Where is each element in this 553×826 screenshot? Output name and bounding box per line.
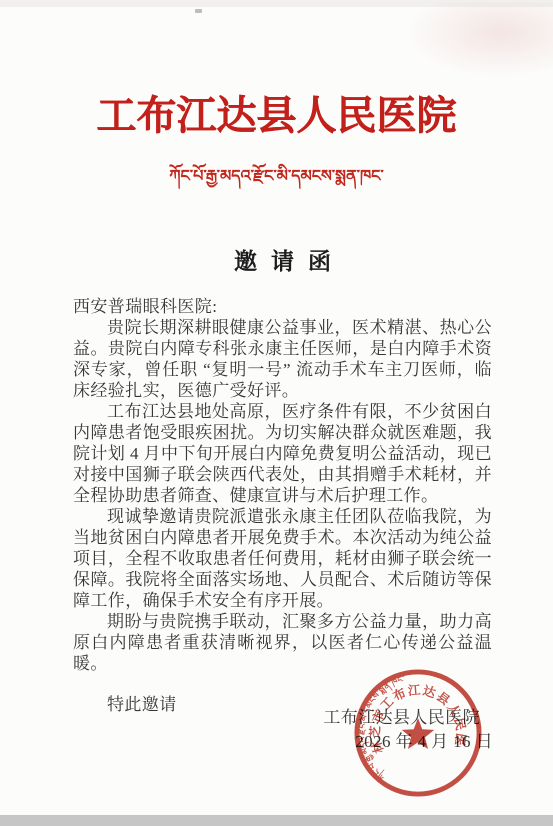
salutation: 西安普瑞眼科医院: xyxy=(73,296,492,317)
paragraph-1: 贵院长期深耕眼健康公益事业，医术精湛、热心公益。贵院白内障专科张永康主任医师，是… xyxy=(73,317,492,401)
hospital-name-tibetan: ཀོང་པོ་རྒྱ་མདའ་རྫོང་མི་དམངས་སྨན་ཁང་ xyxy=(0,158,553,203)
letter-title: 邀请函 xyxy=(73,248,492,276)
letter-page: 工布江达县人民医院 ཀོང་པོ་རྒྱ་མདའ་རྫོང་མི་དམངས་སྨ… xyxy=(0,0,553,826)
paragraph-2: 工布江达县地处高原，医疗条件有限，不少贫困白内障患者饱受眼疾困扰。为切实解决群众… xyxy=(73,401,492,506)
letter-body: 邀请函 西安普瑞眼科医院: 贵院长期深耕眼健康公益事业，医术精湛、热心公益。贵院… xyxy=(73,248,492,715)
scan-smudge xyxy=(405,2,553,78)
official-seal: ཀོང་པོ་རྒྱ་མདའ་རྫོང་མི་དམངས་སྨན་ཁང་ 林芝市工… xyxy=(343,658,493,808)
scan-edge-bottom xyxy=(0,815,553,826)
paragraph-3: 现诚挚邀请贵院派遣张永康主任团队莅临我院，为当地贫困白内障患者开展免费手术。本次… xyxy=(73,506,492,611)
red-star-icon xyxy=(402,718,435,749)
hospital-name: 工布江达县人民医院 xyxy=(0,84,553,141)
scan-artifact xyxy=(195,9,202,13)
